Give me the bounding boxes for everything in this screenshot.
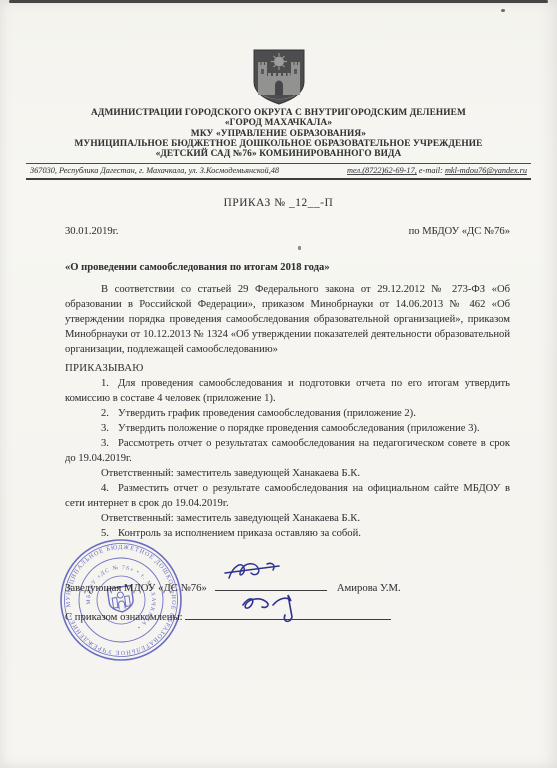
order-title: ПРИКАЗ № _12__-П [0, 197, 557, 209]
org-email: mkl-mdou76@yandex.ru [445, 166, 527, 175]
scan-speck [298, 246, 301, 250]
item-number: 3. [101, 423, 109, 434]
decree-heading: ПРИКАЗЫВАЮ [65, 361, 510, 376]
org-line: АДМИНИСТРАЦИИ ГОРОДСКОГО ОКРУГА С ВНУТРИ… [0, 108, 557, 118]
email-label: e-mail: [419, 166, 443, 175]
responsible-line: Ответственный: заместитель заведующей Ха… [65, 466, 510, 481]
signature-line [215, 578, 327, 591]
head-name: Амирова У.М. [337, 582, 401, 594]
makhachkala-coat-of-arms-icon [249, 48, 309, 106]
stamp-center-emblem [107, 585, 134, 613]
stamp-inner-ring-text: МБДОУ «ДС № 76» • г. МАХАЧКАЛА • [81, 560, 160, 637]
order-subject: «О проведении самообследования по итогам… [65, 262, 510, 273]
org-phone: тел.(8722)62-69-17, [347, 166, 417, 175]
item-text: Для проведения самообследования и подгот… [65, 378, 510, 404]
item-text: Разместить отчет о результате самообслед… [65, 483, 510, 509]
item-number: 2. [101, 408, 109, 419]
item-text: Ответственный: заместитель заведующей Ха… [101, 468, 360, 479]
org-line: МУНИЦИПАЛЬНОЕ БЮДЖЕТНОЕ ДОШКОЛЬНОЕ ОБРАЗ… [0, 139, 557, 149]
organization-header: АДМИНИСТРАЦИИ ГОРОДСКОГО ОКРУГА С ВНУТРИ… [0, 108, 557, 159]
signature-line [185, 607, 391, 620]
item-number: 3. [101, 438, 109, 449]
order-preamble: В соответствии со статьей 29 Федеральног… [65, 282, 510, 357]
handwritten-signature [223, 559, 287, 583]
item-text: Рассмотреть отчет о результатах самообсл… [65, 438, 510, 464]
org-line: МКУ «УПРАВЛЕНИЕ ОБРАЗОВАНИЯ» [0, 129, 557, 139]
contact-bar: 367030, Республика Дагестан, г. Махачкал… [26, 163, 531, 180]
scan-speck [501, 9, 505, 12]
decree-item: 1.Для проведения самообследования и подг… [65, 376, 510, 406]
stamp-outer-ring-text: МУНИЦИПАЛЬНОЕ БЮДЖЕТНОЕ ДОШКОЛЬНОЕ ОБРАЗ… [58, 537, 185, 664]
handwritten-signature [237, 593, 321, 627]
document-page: АДМИНИСТРАЦИИ ГОРОДСКОГО ОКРУГА С ВНУТРИ… [0, 0, 557, 768]
official-round-stamp: МУНИЦИПАЛЬНОЕ БЮДЖЕТНОЕ ДОШКОЛЬНОЕ ОБРАЗ… [48, 527, 195, 674]
item-number: 1. [101, 378, 109, 389]
decree-item: 3.Рассмотреть отчет о результатах самооб… [65, 436, 510, 466]
date-row: 30.01.2019г. по МБДОУ «ДС №76» [65, 226, 510, 237]
order-issued-by: по МБДОУ «ДС №76» [409, 226, 510, 237]
org-address: 367030, Республика Дагестан, г. Махачкал… [30, 166, 279, 175]
item-number: 4. [101, 483, 109, 494]
decree-item: 3.Утвердить положение о порядке проведен… [65, 421, 510, 436]
scan-edge-artifact [9, 0, 548, 3]
item-text: Утвердить положение о порядке проведения… [118, 423, 480, 434]
decree-item: 2.Утвердить график проведения самообслед… [65, 406, 510, 421]
org-line: «ДЕТСКИЙ САД №76» КОМБИНИРОВАННОГО ВИДА [0, 149, 557, 159]
item-text: Ответственный: заместитель заведующей Ха… [101, 513, 360, 524]
responsible-line: Ответственный: заместитель заведующей Ха… [65, 511, 510, 526]
item-text: Утвердить график проведения самообследов… [118, 408, 416, 419]
decree-item: 4.Разместить отчет о результате самообсл… [65, 481, 510, 511]
order-date: 30.01.2019г. [65, 226, 118, 237]
org-line: «ГОРОД МАХАЧКАЛА» [0, 118, 557, 128]
